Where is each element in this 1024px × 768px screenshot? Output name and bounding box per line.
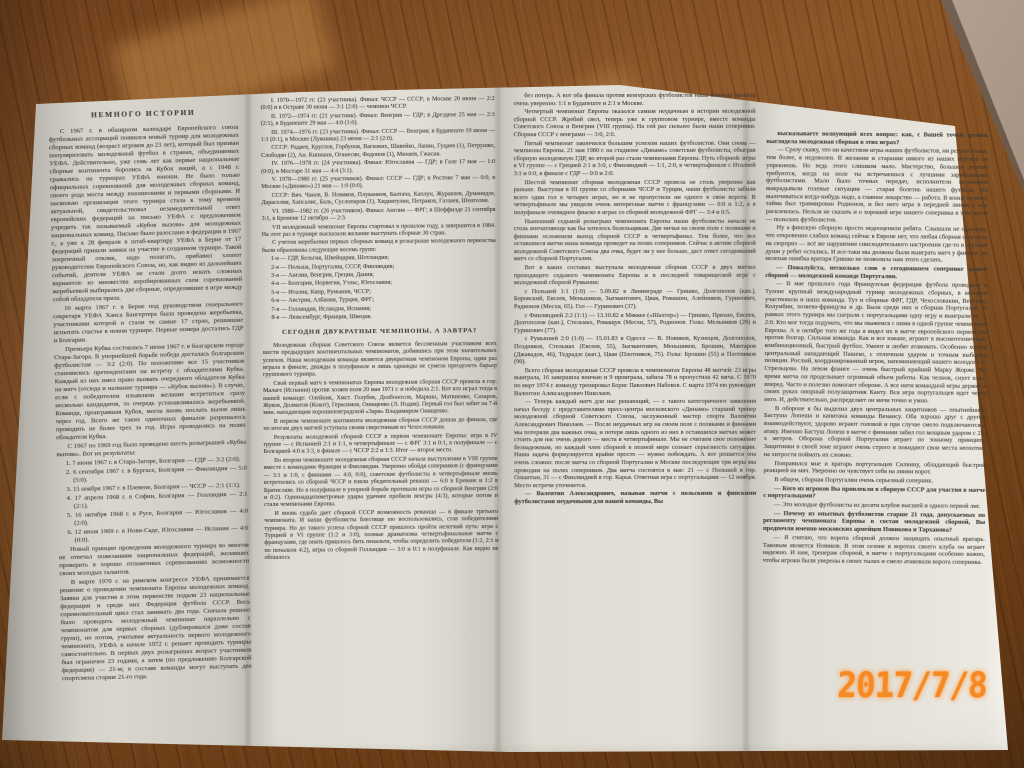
section-heading: СЕГОДНЯ ДВУКРАТНЫЕ ЧЕМПИОНЫ, А ЗАВТРА? <box>262 327 496 336</box>
text-paragraph: Результаты молодежной сборной СССР в пер… <box>263 433 497 457</box>
interview-question: — Пожалуйста, несколько слов о сегодняшн… <box>765 264 987 281</box>
text-paragraph: С учетом жеребьевки первых сборных коман… <box>262 238 496 255</box>
text-paragraph: Молодежная сборная Советского Союза явля… <box>263 341 497 380</box>
text-paragraph: Вот в каких составах выступала молодежна… <box>514 264 756 287</box>
text-paragraph: III. 1974—1976 гг. (23 участника). Финал… <box>261 128 495 145</box>
text-paragraph: VI. 1980—1982 гг. (26 участников). Финал… <box>261 207 495 224</box>
text-paragraph: Шестой чемпионат сборная молодежная СССР… <box>514 178 756 216</box>
text-paragraph: с Финляндией 2:2 (1:1) — 13.10.82 в Мякк… <box>514 311 756 334</box>
text-paragraph: VII молодежный чемпионат Европы стартова… <box>262 222 496 239</box>
text-paragraph: И вновь судьба дает сборной СССР возможн… <box>264 509 498 563</box>
text-column-2: I. 1970—1972 гг. (23 участника). Финал: … <box>260 96 499 682</box>
text-paragraph: Нынешний седьмой розыгрыш чемпионата Евр… <box>514 217 756 263</box>
text-paragraph: Ну а финскую сборную просто недооценили … <box>765 224 987 264</box>
text-paragraph: без потерь. А вот оба финала против венг… <box>513 92 755 108</box>
text-paragraph: С 1967 г. в обширном календаре Европейск… <box>48 124 242 305</box>
text-paragraph: — Я считаю, что ворота сборной должен за… <box>763 534 985 567</box>
text-paragraph: Во втором чемпионате молодежная сборная … <box>264 456 498 510</box>
text-paragraph: — В мае прошлого года Французская федера… <box>764 280 987 405</box>
text-paragraph: Пятый чемпионат закончился большим успех… <box>514 139 756 177</box>
photo-scene: НЕМНОГО ИСТОРИИС 1967 г. в обширном кале… <box>0 0 1024 768</box>
text-paragraph: Новый принцип проведения молодежного тур… <box>59 542 250 579</box>
interview-question: — Почему из опытных футболистов старше 2… <box>763 510 985 535</box>
text-paragraph: Четвертый чемпионат Европы оказался самы… <box>514 108 756 139</box>
text-paragraph: с Румынией 2:0 (1:0) — 15.01.83 в Одессе… <box>514 335 756 366</box>
text-paragraph: В марте 1970 г. на римском конгрессе УЕФ… <box>59 575 251 683</box>
text-paragraph: — Теперь каждый матч для нас решающий, —… <box>514 398 756 490</box>
text-paragraph: Понравился мне и вратарь португальцев Си… <box>763 460 985 477</box>
interview-question: высказываете волнующий всех вопрос: как,… <box>766 130 988 147</box>
text-paragraph: В первом чемпионате континента молодежна… <box>263 417 497 434</box>
text-paragraph: СССР: Вяч. Чанов, В. Новиков, Плуканиов,… <box>261 191 495 208</box>
text-paragraph: СССР: Радаев, Круглов, Горбунов, Вагизки… <box>261 143 495 160</box>
text-paragraph: 10 марта 1967 г. в Берне под руководство… <box>53 301 244 346</box>
camera-datestamp: 2017/7/8 <box>837 666 988 706</box>
text-column-3: без потерь. А вот оба финала против венг… <box>513 92 756 694</box>
interview-question: — Кого из игроков Вы привлекли в сборную… <box>763 485 985 502</box>
text-paragraph: Всего сборная молодежная СССР провела в … <box>514 367 756 398</box>
text-paragraph: — Сразу скажу, что ни качеством игры наш… <box>766 146 989 225</box>
result-line: 8-я — Люксембург, Франция, Швеция. <box>262 313 496 322</box>
text-paragraph: V. 1978—1980 гг. (25 участников). Финал:… <box>261 175 495 192</box>
text-paragraph: IV. 1976—1978 гг. (24 участника). Финал:… <box>261 159 495 176</box>
text-paragraph: В обороне я бы выделил двух центральных … <box>764 405 986 461</box>
text-paragraph: Премьера Кубка состоялась 7 июня 1967 г.… <box>54 342 246 443</box>
text-paragraph: II. 1972—1974 гг. (21 участник). Финал: … <box>261 112 495 129</box>
text-column-1: НЕМНОГО ИСТОРИИС 1967 г. в обширном кале… <box>48 106 252 682</box>
text-paragraph: Свой первый матч в чемпионатах Европы мо… <box>263 379 497 418</box>
text-paragraph: I. 1970—1972 гг. (23 участника). Финал: … <box>260 96 494 113</box>
interview-question: — Валентин Александрович, называя матчи … <box>514 490 756 506</box>
text-paragraph: с Польшей 1:1 (1:0) — 5.09.82 в Ленингра… <box>514 288 756 311</box>
section-heading: НЕМНОГО ИСТОРИИ <box>48 108 238 121</box>
text-column-4: высказываете волнующий всех вопрос: как,… <box>762 130 989 694</box>
